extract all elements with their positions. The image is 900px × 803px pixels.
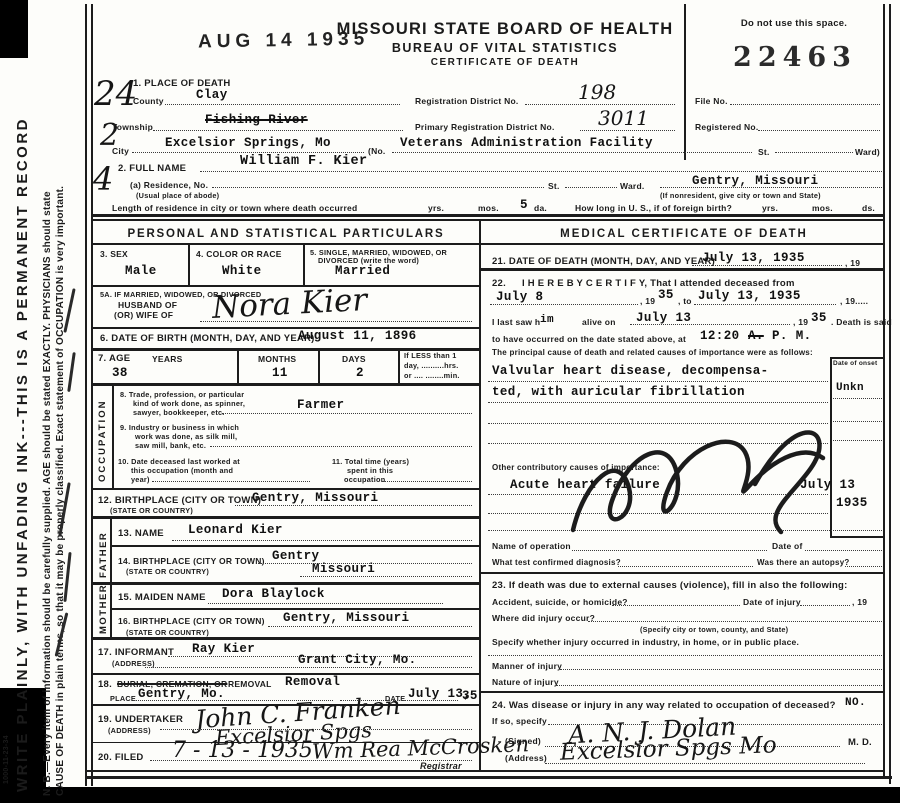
burial-place-label: PLACE — [110, 694, 136, 703]
date-of-death-suffix: , 19 — [845, 258, 860, 268]
pen-stroke — [67, 352, 75, 392]
border-bottom-outer — [85, 776, 892, 779]
file-no-label: File No. — [695, 96, 728, 106]
margin-nb-line2: CAUSE OF DEATH in plain terms, so that i… — [55, 186, 66, 796]
certificate-title: CERTIFICATE OF DEATH — [330, 57, 680, 68]
margin-write-plainly-text: WRITE PLAINLY, WITH UNFADING INK---THIS … — [14, 117, 31, 792]
length-residence-label: Length of residence in city or town wher… — [112, 203, 357, 213]
occupation-related-value: NO. — [845, 697, 866, 709]
undertaker-address-label: (ADDRESS) — [108, 726, 151, 735]
mother-birthplace-value: Gentry, Missouri — [283, 611, 409, 625]
attended-from-value: July 8 — [496, 290, 543, 304]
date-of-death-value: July 13, 1935 — [702, 251, 805, 265]
months-label: MONTHS — [258, 354, 296, 364]
attended-from-19: , 19 — [640, 296, 655, 306]
sex-value: Male — [125, 264, 157, 278]
date-of-death-label: 21. DATE OF DEATH (MONTH, DAY, AND YEAR) — [492, 256, 715, 267]
dotted-line — [132, 152, 364, 153]
father-birthplace-label: 14. BIRTHPLACE (CITY OR TOWN) — [118, 556, 265, 566]
medical-section-title: MEDICAL CERTIFICATE OF DEATH — [484, 228, 884, 240]
trade-label-line2: kind of work done, as spinner, — [133, 399, 245, 408]
trade-label-line1: 8. Trade, profession, or particular — [120, 390, 244, 399]
mother-name-label: 15. MAIDEN NAME — [118, 592, 206, 603]
industry-label-line2: work was done, as silk mill, — [135, 432, 237, 441]
specify-industry-label: Specify whether injury occurred in indus… — [492, 637, 799, 647]
dotted-line — [153, 130, 403, 131]
rule — [481, 691, 885, 693]
test-diagnosis-label: What test confirmed diagnosis? — [492, 558, 621, 567]
months-value: 11 — [272, 366, 288, 380]
dotted-line — [572, 550, 767, 551]
total-time-label-line2: spent in this — [347, 466, 393, 475]
county-value: Clay — [196, 88, 228, 102]
certificate-number: 22463 — [715, 42, 875, 73]
st-label: St. — [758, 147, 770, 157]
total-time-label-line1: 11. Total time (years) — [332, 457, 409, 466]
dotted-line — [694, 304, 836, 305]
personal-section-title: PERSONAL AND STATISTICAL PARTICULARS — [94, 228, 478, 240]
father-side-label: FATHER — [98, 532, 109, 578]
board-title: MISSOURI STATE BOARD OF HEALTH — [330, 20, 680, 39]
death-is-said-label: . Death is said — [831, 317, 892, 327]
last-worked-label-line3: year) — [131, 475, 150, 484]
less-than-day-line3: or .... ........min. — [404, 371, 460, 380]
border-right-inner — [883, 4, 885, 776]
industry-label-line3: saw mill, bank, etc. — [135, 441, 206, 450]
years-label: YEARS — [152, 354, 183, 364]
last-saw-pre-label: I last saw h — [492, 317, 540, 327]
residence-value: Gentry, Missouri — [692, 174, 818, 188]
rule — [481, 572, 885, 574]
dotted-line — [588, 621, 882, 622]
rule — [481, 243, 885, 245]
registration-district-label: Registration District No. — [415, 96, 519, 106]
margin-nb-line1: N. B.—Every item of information should b… — [42, 191, 53, 796]
total-time-label-line3: occupation — [344, 475, 385, 484]
last-saw-him-typed: im — [540, 314, 554, 326]
dotted-line — [580, 130, 675, 131]
marital-value: Married — [335, 264, 390, 278]
industry-label-line1: 9. Industry or business in which — [120, 423, 239, 432]
township-label: Township — [112, 122, 153, 132]
township-value-struck: Fishing River — [205, 113, 308, 127]
dotted-line — [618, 566, 753, 567]
dotted-line — [660, 187, 882, 188]
mother-birthplace-sublabel: (STATE OR COUNTRY) — [126, 628, 209, 637]
race-label: 4. COLOR OR RACE — [196, 249, 282, 259]
operation-label: Name of operation — [492, 541, 571, 551]
dotted-line — [805, 550, 882, 551]
injury-19-label: , 19 — [852, 597, 867, 607]
md-label: M. D. — [848, 737, 872, 748]
burial-date-year: 35 — [462, 689, 478, 703]
where-injury-label: Where did injury occur? — [492, 613, 595, 623]
registration-district-value: 198 — [578, 80, 616, 104]
occupation-side-label: OCCUPATION — [97, 400, 108, 482]
dotted-line — [730, 104, 880, 105]
cause-of-death-line1: Valvular heart disease, decompensa- — [492, 364, 769, 378]
dotted-line — [545, 763, 865, 764]
dotted-line — [300, 576, 472, 577]
last-saw-year: 35 — [811, 311, 827, 325]
days-residence-value: 5 — [520, 198, 528, 212]
rule — [188, 243, 190, 285]
dotted-line — [222, 413, 472, 414]
birthplace-sublabel: (STATE OR COUNTRY) — [110, 506, 193, 515]
registered-no-label: Registered No. — [695, 122, 759, 132]
specify-city-label: (Specify city or town, county, and State… — [640, 625, 788, 634]
dotted-line — [565, 187, 617, 188]
ds-label: ds. — [862, 203, 875, 213]
primary-registration-value: 3011 — [598, 106, 649, 130]
dotted-line — [210, 446, 472, 447]
burial-number: 18. — [98, 679, 112, 690]
days-value: 2 — [356, 366, 364, 380]
street-no-label: (No. — [368, 146, 386, 156]
rule — [93, 488, 479, 490]
address-label: (Address) — [505, 753, 547, 763]
filed-label: 20. FILED — [98, 752, 144, 763]
mos2-label: mos. — [812, 203, 833, 213]
margin-form-number: 1000-11-23-34 — [3, 735, 10, 784]
rule — [110, 516, 112, 582]
dotted-line — [172, 540, 472, 541]
spouse-label-line3: (OR) WIFE OF — [114, 310, 173, 320]
dotted-line — [268, 626, 472, 627]
spouse-label-line2: HUSBAND OF — [118, 300, 177, 310]
rule — [93, 383, 479, 386]
father-birthplace-state: Missouri — [312, 562, 375, 576]
trade-value: Farmer — [297, 398, 344, 412]
mother-birthplace-label: 16. BIRTHPLACE (CITY OR TOWN) — [118, 616, 265, 626]
dotted-line — [382, 481, 472, 482]
handwritten-margin-mark-4: 4 — [93, 160, 113, 198]
full-name-label: 2. FULL NAME — [118, 163, 186, 174]
rule — [237, 348, 239, 383]
residence-label: (a) Residence, No. — [130, 180, 208, 190]
if-so-specify-label: If so, specify — [492, 716, 547, 726]
rule — [93, 582, 479, 585]
full-name-value: William F. Kier — [240, 154, 368, 169]
onset-box-top-border — [830, 357, 885, 359]
onset-label: Date of onset — [833, 360, 877, 367]
manner-of-injury-label: Manner of injury — [492, 661, 562, 671]
border-right-outer — [889, 4, 891, 784]
burial-place-value: Gentry, Mo. — [138, 687, 225, 701]
dotted-line — [758, 130, 880, 131]
father-name-label: 13. NAME — [118, 528, 164, 539]
header-divider-thin — [93, 219, 885, 221]
trade-label-line3: sawyer, bookkeeper, etc. — [133, 408, 225, 417]
dotted-line — [490, 304, 638, 305]
attended-from-year: 35 — [658, 288, 674, 302]
last-worked-label-line2: this occupation (month and — [131, 466, 233, 475]
occurred-label: to have occurred on the date stated abov… — [492, 334, 686, 344]
dotted-line — [160, 729, 472, 730]
father-birthplace-sublabel: (STATE OR COUNTRY) — [126, 567, 209, 576]
date-of-birth-label: 6. DATE OF BIRTH (MONTH, DAY, AND YEAR) — [100, 333, 315, 344]
occupation-related-label: 24. Was disease or injury in any way rel… — [492, 700, 836, 711]
yrs-label: yrs. — [428, 203, 444, 213]
dotted-line — [200, 321, 472, 322]
years-value: 38 — [112, 366, 128, 380]
rule — [398, 348, 400, 383]
dotted-line — [200, 171, 882, 172]
dotted-line — [208, 603, 443, 604]
dotted-line — [556, 685, 882, 686]
dotted-line — [560, 669, 882, 670]
handwritten-margin-mark-24: 24 — [94, 74, 137, 114]
father-name-value: Leonard Kier — [188, 523, 283, 537]
rule — [318, 348, 320, 383]
operation-date-label: Date of — [772, 541, 803, 551]
dotted-line — [165, 104, 400, 105]
dotted-line — [145, 667, 472, 668]
principal-cause-label: The principal cause of death and related… — [492, 348, 813, 357]
dotted-line — [630, 324, 790, 325]
mos-label: mos. — [478, 203, 499, 213]
father-birthplace-city: Gentry — [272, 549, 319, 563]
date-of-birth-value: August 11, 1896 — [298, 329, 417, 343]
residence-ward-label: Ward. — [620, 181, 645, 191]
dotted-line — [488, 655, 882, 656]
dotted-line — [800, 605, 850, 606]
ward-label: Ward) — [855, 147, 880, 157]
do-not-use-label: Do not use this space. — [705, 18, 883, 29]
death-certificate-scan: WRITE PLAINLY, WITH UNFADING INK---THIS … — [0, 0, 900, 803]
am-struck: A. — [748, 329, 764, 343]
days-label: DAYS — [342, 354, 366, 364]
facility-value: Veterans Administration Facility — [400, 136, 653, 150]
pen-scribble — [555, 392, 845, 547]
scan-black-bottom-bar — [28, 787, 900, 803]
rule — [93, 637, 479, 640]
age-label: 7. AGE — [98, 353, 130, 364]
yrs2-label: yrs. — [762, 203, 778, 213]
burial-value: Removal — [285, 675, 340, 689]
last-saw-19: , 19 — [793, 317, 808, 327]
rule — [93, 516, 479, 519]
dotted-line — [845, 566, 882, 567]
nonresident-label: (If nonresident, give city or town and S… — [660, 191, 821, 200]
external-causes-label: 23. If death was due to external causes … — [492, 580, 848, 591]
time-of-death-value: 12:20 — [700, 329, 740, 343]
dotted-line — [692, 265, 842, 266]
bureau-title: BUREAU OF VITAL STATISTICS — [330, 41, 680, 55]
informant-label: 17. INFORMANT — [98, 647, 174, 658]
rule — [110, 545, 479, 547]
spouse-name-handwritten: Nora Kier — [211, 282, 368, 326]
primary-registration-label: Primary Registration District No. — [415, 122, 555, 132]
dotted-line — [152, 481, 310, 482]
rule — [110, 582, 112, 637]
accident-label: Accident, suicide, or homicide? — [492, 597, 628, 607]
border-left-inner — [91, 4, 93, 786]
dotted-line — [612, 605, 740, 606]
signed-label: (Signed) — [505, 736, 541, 746]
rule — [112, 383, 114, 488]
injury-date-label: Date of injury — [743, 597, 801, 607]
rule — [303, 243, 305, 285]
residence-st-label: St. — [548, 181, 560, 191]
race-value: White — [222, 264, 262, 278]
how-long-us-label: How long in U. S., if of foreign birth? — [575, 203, 732, 213]
attended-to-value: July 13, 1935 — [698, 289, 801, 303]
border-left-outer — [85, 4, 87, 786]
rule — [481, 268, 885, 271]
birthplace-value: Gentry, Missouri — [252, 491, 378, 505]
less-than-day-line1: If LESS than 1 — [404, 351, 457, 360]
last-saw-date-value: July 13 — [636, 311, 691, 325]
dotted-line — [775, 152, 853, 153]
dotted-line — [235, 505, 472, 506]
dotted-line — [212, 187, 544, 188]
scan-black-corner-topleft — [0, 0, 28, 58]
pm-label: P. M. — [772, 329, 812, 343]
mother-side-label: MOTHER — [98, 584, 109, 634]
dotted-line — [392, 152, 752, 153]
county-label: County — [133, 96, 164, 106]
city-label: City — [112, 146, 129, 156]
attended-to-suffix: , 19..... — [840, 296, 868, 306]
attended-to-label: , to — [678, 296, 692, 306]
undertaker-label: 19. UNDERTAKER — [98, 714, 183, 725]
sex-label: 3. SEX — [100, 249, 128, 259]
last-saw-post-label: alive on — [582, 317, 616, 327]
dotted-line — [525, 104, 675, 105]
abode-label: (Usual place of abode) — [136, 191, 219, 200]
da-label: da. — [534, 203, 547, 213]
nature-of-injury-label: Nature of injury — [492, 677, 559, 687]
mother-name-value: Dora Blaylock — [222, 587, 325, 601]
column-divider — [479, 219, 481, 772]
border-bottom-inner — [85, 770, 885, 772]
informant-address-value: Grant City, Mo. — [298, 653, 417, 667]
less-than-day-line2: day, ..........hrs. — [404, 361, 459, 370]
rule — [93, 243, 479, 245]
informant-value: Ray Kier — [192, 642, 255, 656]
rule — [93, 327, 479, 329]
burial-label-removal: REMOVAL — [228, 679, 272, 689]
dotted-line — [488, 381, 828, 382]
header-divider-thick — [93, 214, 885, 217]
certify-number: 22. — [492, 278, 506, 289]
autopsy-label: Was there an autopsy? — [757, 558, 850, 567]
registrar-label: Registrar — [420, 761, 462, 771]
file-box-divider — [684, 4, 686, 160]
rule — [110, 608, 479, 610]
city-value: Excelsior Springs, Mo — [165, 136, 331, 150]
last-worked-label-line1: 10. Date deceased last worked at — [118, 457, 240, 466]
